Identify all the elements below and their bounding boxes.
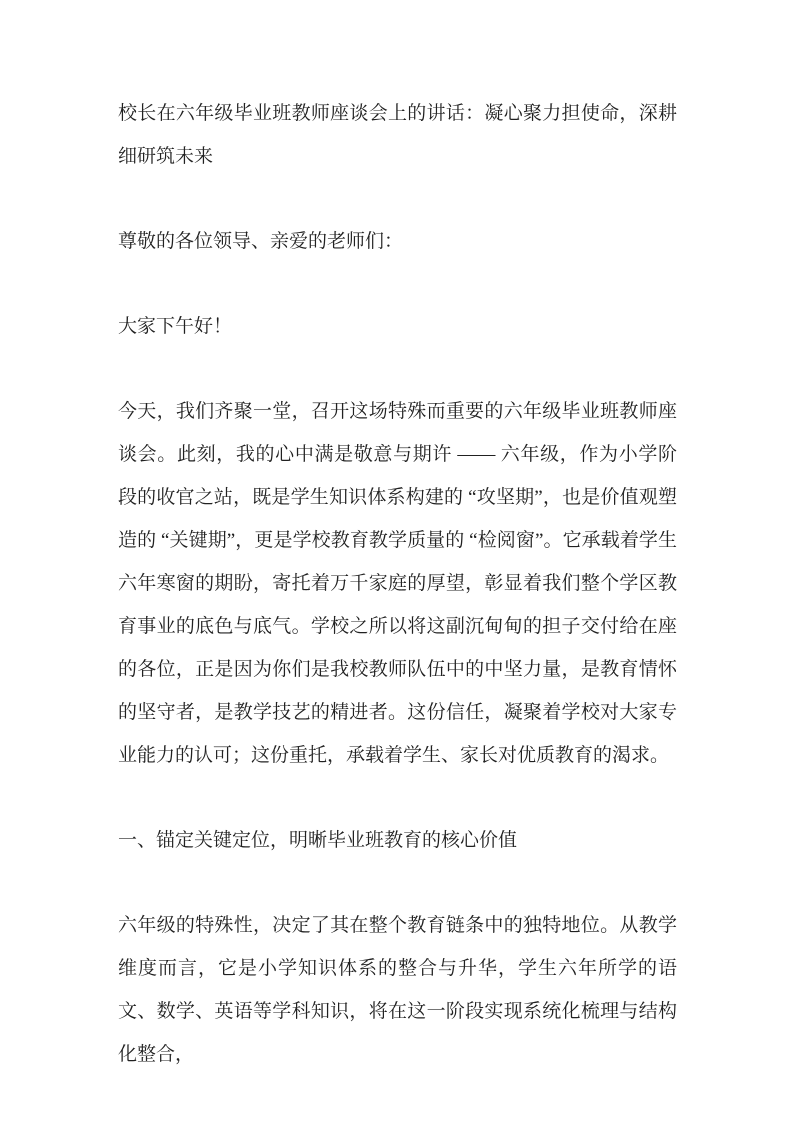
- salutation: 尊敬的各位领导、亲爱的老师们：: [118, 220, 677, 263]
- section-heading-1: 一、锚定关键定位，明晰毕业班教育的核心价值: [118, 819, 677, 862]
- document-title: 校长在六年级毕业班教师座谈会上的讲话：凝心聚力担使命，深耕细研筑未来: [118, 92, 677, 178]
- greeting: 大家下午好！: [118, 305, 677, 348]
- paragraph-section-1: 六年级的特殊性，决定了其在整个教育链条中的独特地位。从教学维度而言，它是小学知识…: [118, 904, 677, 1076]
- document-page: 校长在六年级毕业班教师座谈会上的讲话：凝心聚力担使命，深耕细研筑未来 尊敬的各位…: [0, 0, 793, 1122]
- paragraph-intro: 今天，我们齐聚一堂，召开这场特殊而重要的六年级毕业班教师座谈会。此刻，我的心中满…: [118, 390, 677, 777]
